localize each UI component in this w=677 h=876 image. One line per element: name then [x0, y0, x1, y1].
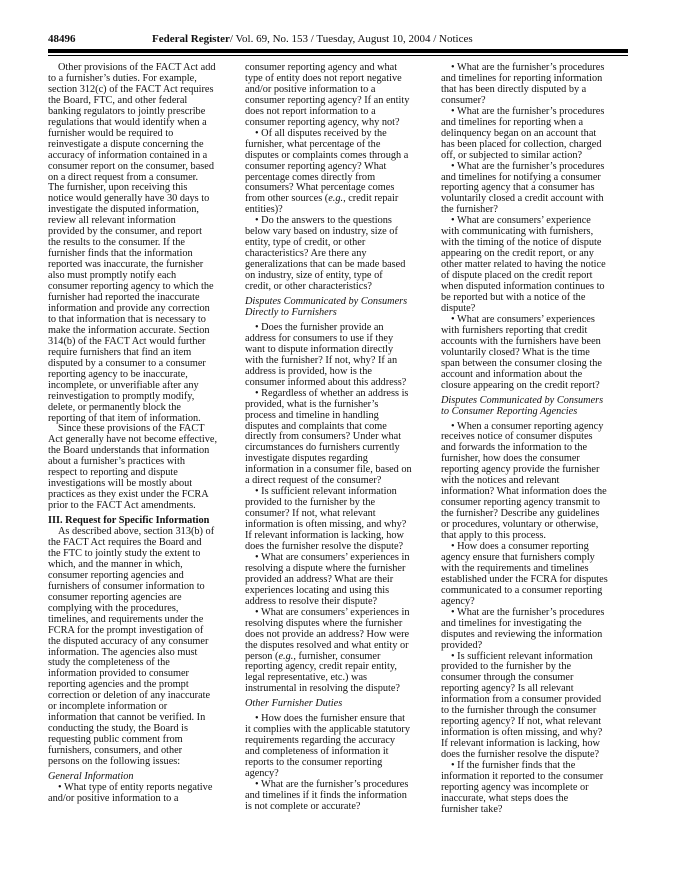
text-line: the disputed accuracy of any consumer — [48, 637, 236, 648]
text-line: • What are the furnisher’s procedures — [441, 162, 629, 173]
text-line: consumer report on the consumer, based — [48, 162, 236, 173]
subsection-heading: Other Furnisher Duties — [245, 699, 433, 710]
text-line: credit, or other characteristics? — [245, 282, 433, 293]
issue-details: / Vol. 69, No. 153 / Tuesday, August 10,… — [230, 33, 473, 45]
publication-name: Federal Register — [152, 33, 230, 45]
text-line: • What are the furnisher’s procedures — [441, 608, 629, 619]
text-line: closure appearing on the credit report? — [441, 381, 629, 392]
text-line: disputes and reviewing the information — [441, 630, 629, 641]
text-line: consumer reporting agency? What — [245, 162, 433, 173]
text-line: timelines, and requirements under the — [48, 615, 236, 626]
text-line: reinvestigation to promptly modify, — [48, 392, 236, 403]
text-line: has been placed for collection, charged — [441, 140, 629, 151]
text-column-1: Other provisions of the FACT Act addto a… — [48, 63, 236, 805]
text-column-3: • What are the furnisher’s proceduresand… — [441, 63, 629, 816]
text-line: and/or positive information to a — [48, 794, 236, 805]
text-line: FCRA for the prompt investigation of — [48, 626, 236, 637]
text-line: delete, or permanently block the — [48, 403, 236, 414]
text-line: • Regardless of whether an address is — [245, 389, 433, 400]
text-line: consumer informed about this address? — [245, 378, 433, 389]
text-line: provided, what is the furnisher’s — [245, 400, 433, 411]
header-rule-thin — [48, 55, 628, 56]
text-line: is not complete or accurate? — [245, 802, 433, 813]
text-line: process and timeline in handling — [245, 411, 433, 422]
text-line: prior to the FACT Act amendments. — [48, 501, 236, 512]
text-line: accuracy of information contained in a — [48, 151, 236, 162]
page-number: 48496 — [48, 33, 76, 45]
text-line: reporting agency to be inaccurate, — [48, 370, 236, 381]
text-line: furnisher take? — [441, 805, 629, 816]
text-line: complying with the procedures, — [48, 604, 236, 615]
text-column-2: consumer reporting agency and whattype o… — [245, 63, 433, 813]
running-head: Federal Register/ Vol. 69, No. 153 / Tue… — [152, 33, 473, 45]
text-line: does not provide an address? How were — [245, 630, 433, 641]
text-line: furnisher, what percentage of the — [245, 140, 433, 151]
subsection-heading: Directly to Furnishers — [245, 308, 433, 319]
subsection-heading: to Consumer Reporting Agencies — [441, 407, 629, 418]
text-line: reinvestigate a dispute concerning the — [48, 140, 236, 151]
text-line: • What are consumers’ experiences in — [245, 608, 433, 619]
header-rule-thick — [48, 49, 628, 53]
text-line: disputes or complaints comes through a — [245, 151, 433, 162]
text-line: provided? — [441, 641, 629, 652]
text-line: incomplete, or unverifiable after any — [48, 381, 236, 392]
text-line: the disputes resolved and what entity or — [245, 641, 433, 652]
text-line: off, or subjected to similar action? — [441, 151, 629, 162]
page-header: 48496 Federal Register/ Vol. 69, No. 153… — [48, 33, 628, 45]
text-line: instrumental in resolving the dispute? — [245, 684, 433, 695]
text-line: and timelines for investigating the — [441, 619, 629, 630]
subsection-heading: Disputes Communicated by Consumers — [441, 396, 629, 407]
text-line: account and information about the — [441, 370, 629, 381]
text-line: persons on the following issues: — [48, 757, 236, 768]
text-line: resolving disputes where the furnisher — [245, 619, 433, 630]
